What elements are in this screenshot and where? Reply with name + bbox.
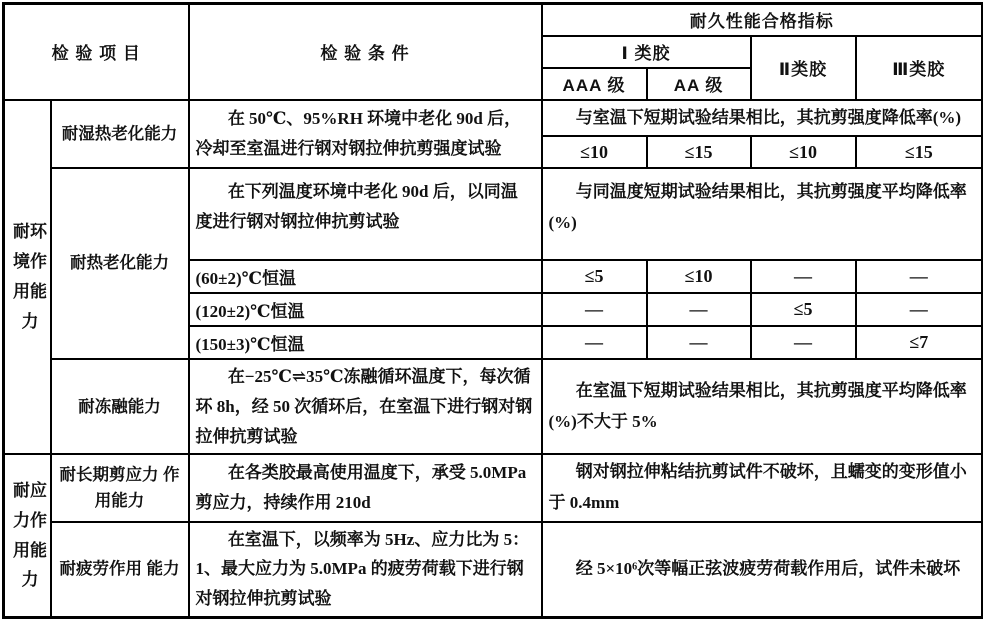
item-freeze-thaw: 耐冻融能力 <box>51 359 189 454</box>
value-150c-type2: — <box>751 326 856 359</box>
header-test-item: 检 验 项 目 <box>4 4 189 100</box>
criteria-fatigue-text: 经 5×10⁶次等幅正弦波疲劳荷载作用后，试件未破坏 <box>549 554 976 585</box>
value-60c-aaa: ≤5 <box>542 260 647 293</box>
criteria-damp-heat-title-text: 与室温下短期试验结果相比，其抗剪强度降低率(%) <box>549 103 976 134</box>
condition-heat-aging-60c: (60±2)℃恒温 <box>189 260 542 293</box>
condition-damp-heat-aging: 在 50℃、95%RH 环境中老化 90d 后，冷却至室温进行钢对钢拉伸抗剪强度… <box>189 100 542 169</box>
condition-freeze-thaw-text: 在−25℃⇌35℃冻融循环温度下，每次循环 8h，经 50 次循环后，在室温下进… <box>196 362 535 451</box>
header-grade-aa: AA 级 <box>647 68 751 100</box>
durability-spec-table: 检 验 项 目 检 验 条 件 耐久性能合格指标 Ⅰ 类胶 Ⅱ类胶 Ⅲ类胶 AA… <box>2 2 983 619</box>
value-damp-heat-type2: ≤10 <box>751 136 856 168</box>
condition-heat-aging-text: 在下列温度环境中老化 90d 后，以同温度进行钢对钢拉伸抗剪试验 <box>196 177 535 237</box>
value-150c-aa: — <box>647 326 751 359</box>
condition-long-term-shear: 在各类胶最高使用温度下，承受 5.0MPa 剪应力，持续作用 210d <box>189 454 542 521</box>
condition-heat-aging-150c: (150±3)℃恒温 <box>189 326 542 359</box>
criteria-freeze-thaw: 在室温下短期试验结果相比，其抗剪强度平均降低率(%)不大于 5% <box>542 359 983 454</box>
criteria-heat-aging-title: 与同温度短期试验结果相比，其抗剪强度平均降低率(%) <box>542 168 983 260</box>
value-120c-aaa: — <box>542 293 647 326</box>
condition-heat-aging: 在下列温度环境中老化 90d 后，以同温度进行钢对钢拉伸抗剪试验 <box>189 168 542 260</box>
group-environmental-resistance: 耐环境作用能力 <box>4 100 51 455</box>
header-type1: Ⅰ 类胶 <box>542 36 751 68</box>
item-fatigue: 耐疲劳作用 能力 <box>51 522 189 618</box>
value-60c-type3: — <box>856 260 983 293</box>
condition-damp-heat-aging-text: 在 50℃、95%RH 环境中老化 90d 后，冷却至室温进行钢对钢拉伸抗剪强度… <box>196 104 535 164</box>
header-test-condition: 检 验 条 件 <box>189 4 542 100</box>
group-stress-resistance-label: 耐应力作用能力 <box>11 476 49 595</box>
header-type2: Ⅱ类胶 <box>751 36 856 100</box>
condition-fatigue-text: 在室温下，以频率为 5Hz、应力比为 5：1、最大应力为 5.0MPa 的疲劳荷… <box>196 525 535 614</box>
value-120c-aa: — <box>647 293 751 326</box>
criteria-fatigue: 经 5×10⁶次等幅正弦波疲劳荷载作用后，试件未破坏 <box>542 522 983 618</box>
group-environmental-resistance-label: 耐环境作用能力 <box>11 217 49 336</box>
condition-long-term-shear-text: 在各类胶最高使用温度下，承受 5.0MPa 剪应力，持续作用 210d <box>196 458 535 518</box>
criteria-long-term-shear: 钢对钢拉伸粘结抗剪试件不破坏，且蠕变的变形值小于 0.4mm <box>542 454 983 521</box>
item-heat-aging: 耐热老化能力 <box>51 168 189 359</box>
item-long-term-shear: 耐长期剪应力 作用能力 <box>51 454 189 521</box>
scanned-document-page: 检 验 项 目 检 验 条 件 耐久性能合格指标 Ⅰ 类胶 Ⅱ类胶 Ⅲ类胶 AA… <box>0 0 983 586</box>
criteria-freeze-thaw-text: 在室温下短期试验结果相比，其抗剪强度平均降低率(%)不大于 5% <box>549 376 976 437</box>
condition-freeze-thaw: 在−25℃⇌35℃冻融循环温度下，每次循环 8h，经 50 次循环后，在室温下进… <box>189 359 542 454</box>
value-150c-type3: ≤7 <box>856 326 983 359</box>
item-damp-heat-aging: 耐湿热老化能力 <box>51 100 189 169</box>
condition-heat-aging-120c: (120±2)℃恒温 <box>189 293 542 326</box>
value-damp-heat-aa: ≤15 <box>647 136 751 168</box>
value-120c-type3: — <box>856 293 983 326</box>
value-120c-type2: ≤5 <box>751 293 856 326</box>
header-grade-aaa: AAA 级 <box>542 68 647 100</box>
criteria-heat-aging-title-text: 与同温度短期试验结果相比，其抗剪强度平均降低率(%) <box>549 177 976 238</box>
value-damp-heat-aaa: ≤10 <box>542 136 647 168</box>
criteria-long-term-shear-text: 钢对钢拉伸粘结抗剪试件不破坏，且蠕变的变形值小于 0.4mm <box>549 457 976 518</box>
header-durability-index: 耐久性能合格指标 <box>542 4 983 36</box>
group-stress-resistance: 耐应力作用能力 <box>4 454 51 617</box>
value-damp-heat-type3: ≤15 <box>856 136 983 168</box>
header-type3: Ⅲ类胶 <box>856 36 983 100</box>
value-60c-type2: — <box>751 260 856 293</box>
condition-fatigue: 在室温下，以频率为 5Hz、应力比为 5：1、最大应力为 5.0MPa 的疲劳荷… <box>189 522 542 618</box>
value-60c-aa: ≤10 <box>647 260 751 293</box>
criteria-damp-heat-title: 与室温下短期试验结果相比，其抗剪强度降低率(%) <box>542 100 983 137</box>
value-150c-aaa: — <box>542 326 647 359</box>
